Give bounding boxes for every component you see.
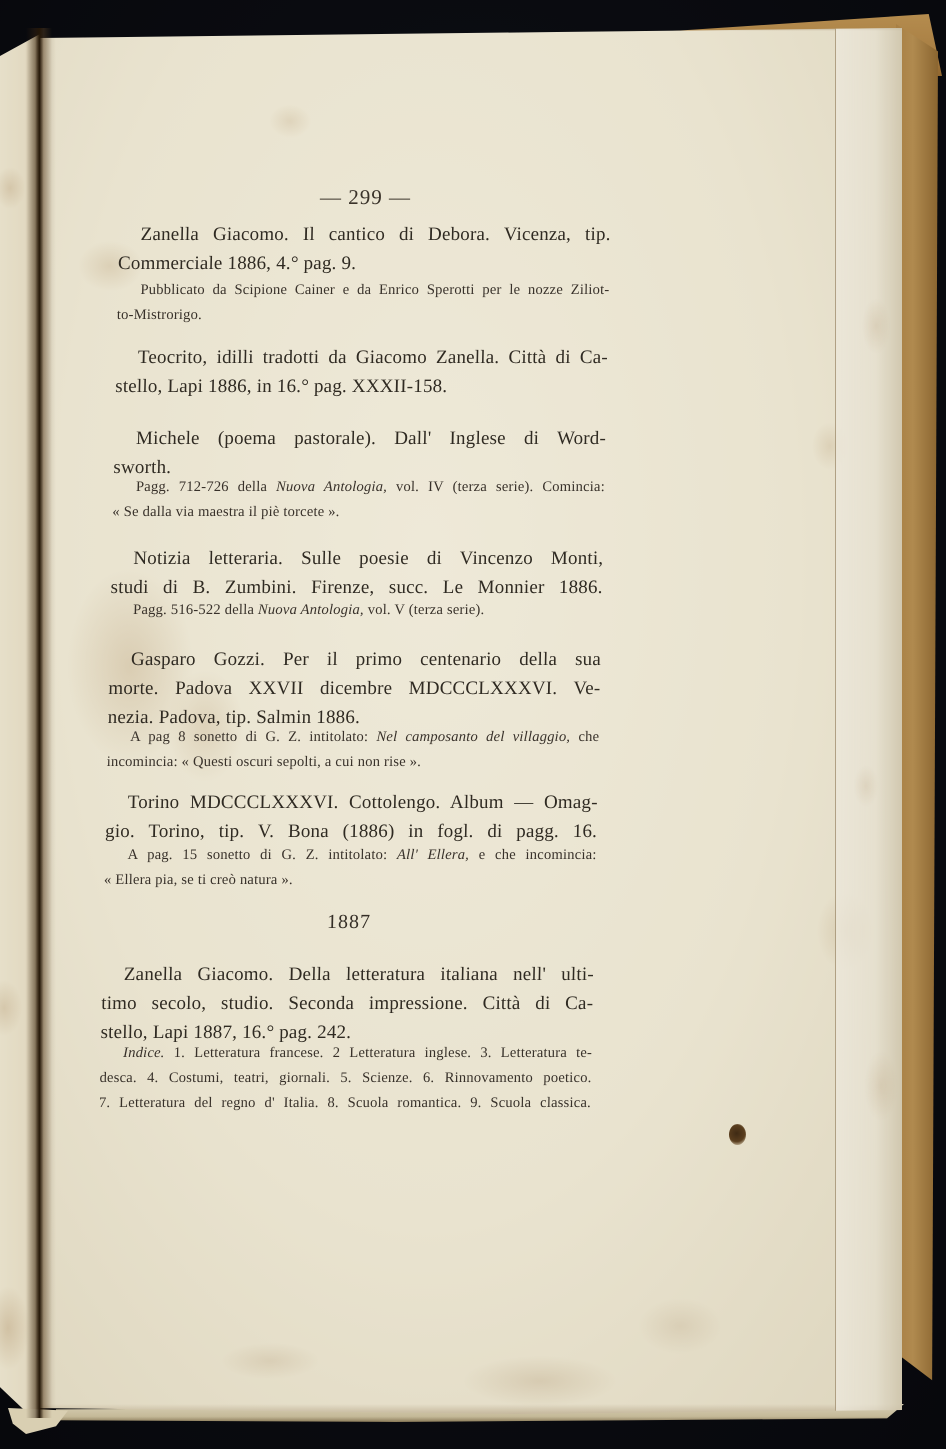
note-line: « Se dalla via maestra il piè torcete ». <box>112 500 605 525</box>
book-cover-edge-right <box>896 24 938 1394</box>
note-text: Pubblicato da Scipione Cainer e da Enric… <box>140 282 609 298</box>
bibliography-entry: Michele (poema pastorale). Dall' Inglese… <box>113 424 606 482</box>
entry-line: Commerciale 1886, 4.° pag. 9. <box>118 249 611 278</box>
note-line: Pagg. 712-726 della Nuova Antologia, vol… <box>113 475 606 500</box>
entry-line: Michele (poema pastorale). Dall' Inglese… <box>114 424 607 453</box>
work-title-italic: Nel camposanto del villaggio, <box>376 729 570 745</box>
bibliography-entry: Teocrito, idilli tradotti da Giacomo Zan… <box>115 343 608 401</box>
entry-line: timo secolo, studio. Seconda impressione… <box>101 989 594 1018</box>
note-line: to-Mistrorigo. <box>117 303 610 328</box>
entry-line: morte. Padova XXVII dicembre MDCCCLXXXVI… <box>108 674 601 703</box>
work-title-italic: Nuova Antologia, <box>258 602 364 618</box>
entry-line: Zanella Giacomo. Il cantico di Debora. V… <box>118 220 611 249</box>
entry-note: Pagg. 712-726 della Nuova Antologia, vol… <box>112 475 605 525</box>
note-text: 7. Letteratura del regno d' Italia. 8. S… <box>99 1095 591 1111</box>
note-line: Pagg. 516-522 della Nuova Antologia, vol… <box>110 598 603 623</box>
photo-background: — 299 — Zanella Giacomo. Il cantico di D… <box>0 0 946 1449</box>
entry-line: stello, Lapi 1886, in 16.° pag. XXXII-15… <box>115 372 608 401</box>
entry-line: Notizia letteraria. Sulle poesie di Vinc… <box>111 544 604 573</box>
note-line: « Ellera pia, se ti creò natura ». <box>104 868 597 893</box>
index-label-italic: Indice. <box>123 1045 165 1061</box>
year-heading: 1887 <box>103 911 596 934</box>
note-text: desca. 4. Costumi, teatri, giornali. 5. … <box>99 1070 591 1086</box>
note-text: « Ellera pia, se ti creò natura ». <box>104 872 293 888</box>
note-text: vol. V (terza serie). <box>364 602 485 618</box>
entry-note: A pag. 15 sonetto di G. Z. intitolato: A… <box>104 843 597 893</box>
entry-line: Torino MDCCCLXXXVI. Cottolengo. Album — … <box>105 788 598 817</box>
work-title-italic: All' Ellera, <box>397 847 469 863</box>
note-line: A pag 8 sonetto di G. Z. intitolato: Nel… <box>107 725 600 750</box>
note-text: Pagg. 516-522 della <box>133 602 258 618</box>
entry-note: Pubblicato da Scipione Cainer e da Enric… <box>117 278 610 328</box>
entry-line: Zanella Giacomo. Della letteratura itali… <box>102 960 595 989</box>
note-text: che <box>570 729 599 745</box>
entry-line: Gasparo Gozzi. Per il primo centenario d… <box>109 645 602 674</box>
note-text: vol. IV (terza serie). Comincia: <box>387 479 605 495</box>
entry-note: Indice. 1. Letteratura francese. 2 Lette… <box>99 1041 593 1116</box>
page-text: — 299 — Zanella Giacomo. Il cantico di D… <box>12 26 906 1416</box>
work-title-italic: Nuova Antologia, <box>276 479 387 495</box>
note-text: e che incomincia: <box>469 847 597 863</box>
note-text: A pag 8 sonetto di G. Z. intitolato: <box>130 729 377 745</box>
entry-line: Teocrito, idilli tradotti da Giacomo Zan… <box>116 343 609 372</box>
page-number: — 299 — <box>119 185 612 210</box>
bibliography-entry: Torino MDCCCLXXXVI. Cottolengo. Album — … <box>105 788 598 846</box>
gutter-shadow <box>26 28 52 1418</box>
note-line: A pag. 15 sonetto di G. Z. intitolato: A… <box>104 843 597 868</box>
bibliography-entry: Zanella Giacomo. Della letteratura itali… <box>100 960 594 1047</box>
note-line: incomincia: « Questi oscuri sepolti, a c… <box>106 750 599 775</box>
note-text: Pagg. 712-726 della <box>136 479 276 495</box>
bibliography-entry: Zanella Giacomo. Il cantico di Debora. V… <box>118 220 611 278</box>
entry-note: A pag 8 sonetto di G. Z. intitolato: Nel… <box>106 725 599 775</box>
note-line: desca. 4. Costumi, teatri, giornali. 5. … <box>99 1066 592 1091</box>
note-text: « Se dalla via maestra il piè torcete ». <box>112 504 340 520</box>
note-line: 7. Letteratura del regno d' Italia. 8. S… <box>99 1091 592 1116</box>
note-text: incomincia: « Questi oscuri sepolti, a c… <box>107 754 422 770</box>
note-line: Pubblicato da Scipione Cainer e da Enric… <box>117 278 610 303</box>
note-text: to-Mistrorigo. <box>117 307 202 323</box>
note-text: A pag. 15 sonetto di G. Z. intitolato: <box>127 847 397 863</box>
bibliography-entry: Notizia letteraria. Sulle poesie di Vinc… <box>110 544 603 602</box>
book-page: — 299 — Zanella Giacomo. Il cantico di D… <box>40 26 902 1416</box>
entry-note: Pagg. 516-522 della Nuova Antologia, vol… <box>110 598 603 623</box>
note-line: Indice. 1. Letteratura francese. 2 Lette… <box>100 1041 593 1066</box>
entry-line: gio. Torino, tip. V. Bona (1886) in fogl… <box>105 817 598 846</box>
note-text: 1. Letteratura francese. 2 Letteratura i… <box>164 1045 592 1061</box>
bibliography-entry: Gasparo Gozzi. Per il primo centenario d… <box>107 645 601 732</box>
